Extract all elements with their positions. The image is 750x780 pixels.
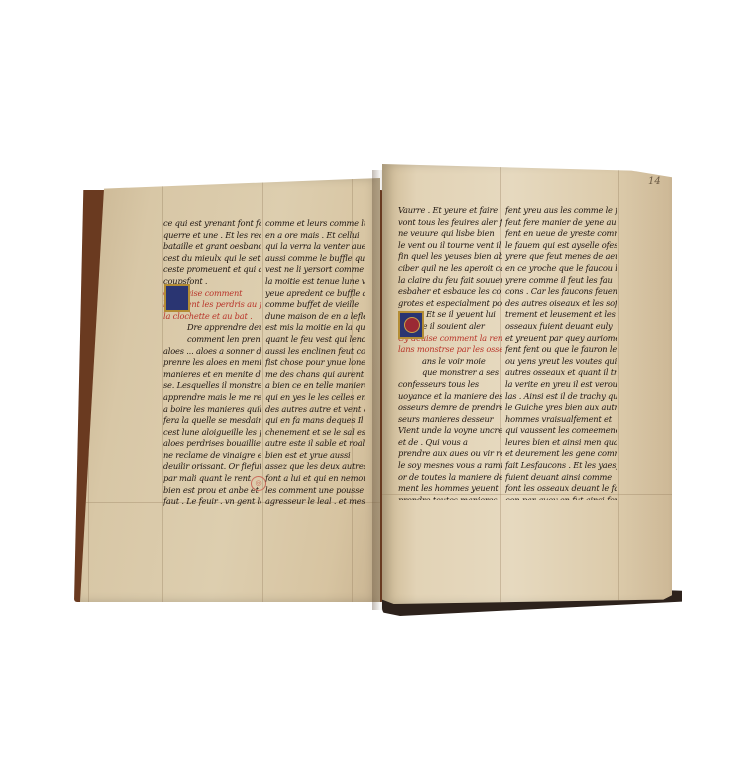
text-line: cest lune aloigueille les prent bbox=[163, 427, 261, 439]
text-line: hommes vraisualfement et bbox=[505, 414, 617, 426]
text-line: bien est prou et anbe et est aue bbox=[163, 485, 261, 497]
text-line: osseurs demre de prendre bbox=[398, 402, 502, 414]
text-line: uoyance et la maniere des bbox=[398, 391, 502, 403]
text-line: vont tous les feuires aler fru le bbox=[398, 217, 502, 229]
text-line: ce qui est yrenant font for bbox=[163, 218, 261, 230]
text-line: font les osseaux deuant le fau bbox=[505, 483, 617, 495]
text-line: la claire du feu fait souuenir bbox=[398, 275, 502, 287]
text-line: vest ne li yersort comme bbox=[265, 264, 365, 276]
text-line: querre et une . Et les recoud bbox=[163, 230, 261, 242]
text-line: et deurement les gene comme bbox=[505, 448, 617, 460]
text-line: fera la quelle se mesdaingens bbox=[163, 415, 261, 427]
text-line: prenre les aloes en menite de bbox=[163, 357, 261, 369]
text-line: et yreuent par quey auriome bbox=[505, 333, 617, 345]
text-line: fin quel les yeuses bien abre bbox=[398, 251, 502, 263]
text-line: que monstrer a ses bbox=[398, 367, 502, 379]
text-line: assez que les deux autres qui bbox=[265, 461, 365, 473]
text-line: la verite en yreu il est verou bbox=[505, 379, 617, 391]
right-page-column-2: fent yreu aus les comme le fenorfeut fer… bbox=[505, 205, 617, 500]
text-line: fist chose pour ynue lone par bbox=[265, 357, 365, 369]
text-line: ciber quil ne les aperoit car bbox=[398, 263, 502, 275]
rubric-line: lans monstrse par les osseaux bbox=[398, 344, 502, 356]
illuminated-initial-red-disc bbox=[398, 311, 424, 339]
text-line: bataille et grant oesbanoit car bbox=[163, 241, 261, 253]
text-line: en a ore mais . Et cellui bbox=[265, 230, 365, 242]
text-line: Dre apprendre deuiser bbox=[163, 322, 261, 334]
text-line: est mis la moitie en la quelle bbox=[265, 322, 365, 334]
text-line: qui vaussent les comeemenent bbox=[505, 425, 617, 437]
text-line: ne reclame de vinaigre et menu bbox=[163, 450, 261, 462]
text-line: cest du mieulx qui le set qui veut bbox=[163, 253, 261, 265]
text-line: par mali quant le rent bbox=[163, 473, 261, 485]
text-line: me des chans qui aurent lui bbox=[265, 369, 365, 381]
text-line: en ce yroche que le faucou le bbox=[505, 263, 617, 275]
text-line: aussi comme le buffle qui bbox=[265, 253, 365, 265]
text-line: dune maison de en a lefler bbox=[265, 311, 365, 323]
text-line: faut . Le feuir . vn gent len bbox=[163, 496, 261, 508]
text-line: des autres oiseaux et les sof bbox=[505, 298, 617, 310]
text-line: las . Ainsi est il de trachy que bbox=[505, 391, 617, 403]
text-line: la moitie est tenue lune ven bbox=[265, 276, 365, 288]
text-line: yeue apredent ce buffle aussi bbox=[265, 288, 365, 300]
text-line: prendre aux aues ou vir rent bbox=[398, 448, 502, 460]
text-line: seurs manieres desseur bbox=[398, 414, 502, 426]
text-line: trement et leusement et les bbox=[505, 309, 617, 321]
text-line: qui en yes le les celles en bien bbox=[265, 392, 365, 404]
text-line: prendre toutes manieres bbox=[398, 495, 502, 500]
text-line: grotes et especialment pour bbox=[398, 298, 502, 310]
text-line: fait Lesfaucons . Et les yaesfen bbox=[505, 460, 617, 472]
text-line: le fauem qui est ayselle ofeste bbox=[505, 240, 617, 252]
text-line: Vient unde la voyne uncre bbox=[398, 425, 502, 437]
left-page-column-1: ce qui est yrenant font forquerre et une… bbox=[163, 218, 261, 508]
text-line: le Guiche yres bien aux autres bbox=[505, 402, 617, 414]
text-line: qui la verra la venter aues bbox=[265, 241, 365, 253]
text-line: autre este il sable et roalect bbox=[265, 438, 365, 450]
text-line: les comment une pousse lebont bbox=[265, 485, 365, 497]
text-line: comme et leurs comme lu bbox=[265, 218, 365, 230]
text-line: yrere comme il feut les fau bbox=[505, 275, 617, 287]
text-line: ment les hommes yeuent bbox=[398, 483, 502, 495]
ruling-line bbox=[262, 178, 263, 602]
text-line: fent en ueue de yreste comme bbox=[505, 228, 617, 240]
text-line: agresseur le leal . et mes bbox=[265, 496, 365, 508]
text-line: ans le voir moie bbox=[398, 356, 502, 368]
text-line: esbaher et esbauce les corrompu bbox=[398, 286, 502, 298]
text-line: or de toutes la maniere des bbox=[398, 472, 502, 484]
text-line: a bien ce en telle maniere Quel bbox=[265, 380, 365, 392]
text-line: font a lui et qui en nemoure bbox=[265, 473, 365, 485]
text-line: des autres autre et vent que .. bbox=[265, 404, 365, 416]
text-line: aloes ... aloes a sonner de bbox=[163, 346, 261, 358]
text-line: le vent ou il tourne vent il bbox=[398, 240, 502, 252]
text-line: fuient deuant ainsi comme bbox=[505, 472, 617, 484]
text-line: et de . Qui vous a bbox=[398, 437, 502, 449]
text-line: a boire les manieres quil men bbox=[163, 404, 261, 416]
open-manuscript: 14 ce qui est yrenant font forquerre et … bbox=[0, 0, 750, 780]
text-line: feut fere manier de yene au bbox=[505, 217, 617, 229]
text-line: fent fent ou que le fauron le vent bbox=[505, 344, 617, 356]
text-line: aloes perdrises bouaillier vide bbox=[163, 438, 261, 450]
text-line: comment len prent les bbox=[163, 334, 261, 346]
text-line: fent yreu aus les comme le fenor bbox=[505, 205, 617, 217]
text-line: Vaurre . Et yeure et faire bbox=[398, 205, 502, 217]
text-line: cons . Car les faucons feuent bbox=[505, 286, 617, 298]
text-line: le soy mesnes vous a ramissio bbox=[398, 460, 502, 472]
text-line: se. Lesquelles il monstreir a ses bbox=[163, 380, 261, 392]
text-line: bien est et yrue aussi bbox=[265, 450, 365, 462]
text-line: deuilir orissant. Or fiefut bbox=[163, 461, 261, 473]
text-line: con par quey en fut ainsi fen bbox=[505, 495, 617, 500]
text-line: qui en fa mans deques Il lui bbox=[265, 415, 365, 427]
text-line: confesseurs tous les bbox=[398, 379, 502, 391]
left-page-column-2: comme et leurs comme luen a ore mais . E… bbox=[265, 218, 365, 508]
text-line: leures bien et ainsi men quart bbox=[505, 437, 617, 449]
folio-number: 14 bbox=[648, 176, 661, 187]
rubric-line: la clochette et au bat . bbox=[163, 311, 261, 323]
library-stamp: ◎ bbox=[251, 476, 266, 491]
illuminated-initial-blue bbox=[164, 284, 190, 312]
text-line: aussi les enclinen feut comme bbox=[265, 346, 365, 358]
text-line: ou yens yreut les voutes quil luy bbox=[505, 356, 617, 368]
text-line: chenement et se le sal est en bbox=[265, 427, 365, 439]
text-line: ceste promeuent et qui a le bot bbox=[163, 264, 261, 276]
text-line: quant le feu vest qui lendre bbox=[265, 334, 365, 346]
text-line: autres osseaux et quant il treut bbox=[505, 367, 617, 379]
text-line: ne veuure qui lisbe bien bbox=[398, 228, 502, 240]
text-line: osseaux fuient deuant euly bbox=[505, 321, 617, 333]
text-line: apprendre mais le me retient bbox=[163, 392, 261, 404]
text-line: yrere que feut menes de aeue bbox=[505, 251, 617, 263]
ruling-line bbox=[618, 164, 619, 604]
right-page-column-1: Vaurre . Et yeure et fairevont tous les … bbox=[398, 205, 502, 500]
text-line: manieres et en menite de maniere bbox=[163, 369, 261, 381]
text-line: comme buffet de vieille bbox=[265, 299, 365, 311]
